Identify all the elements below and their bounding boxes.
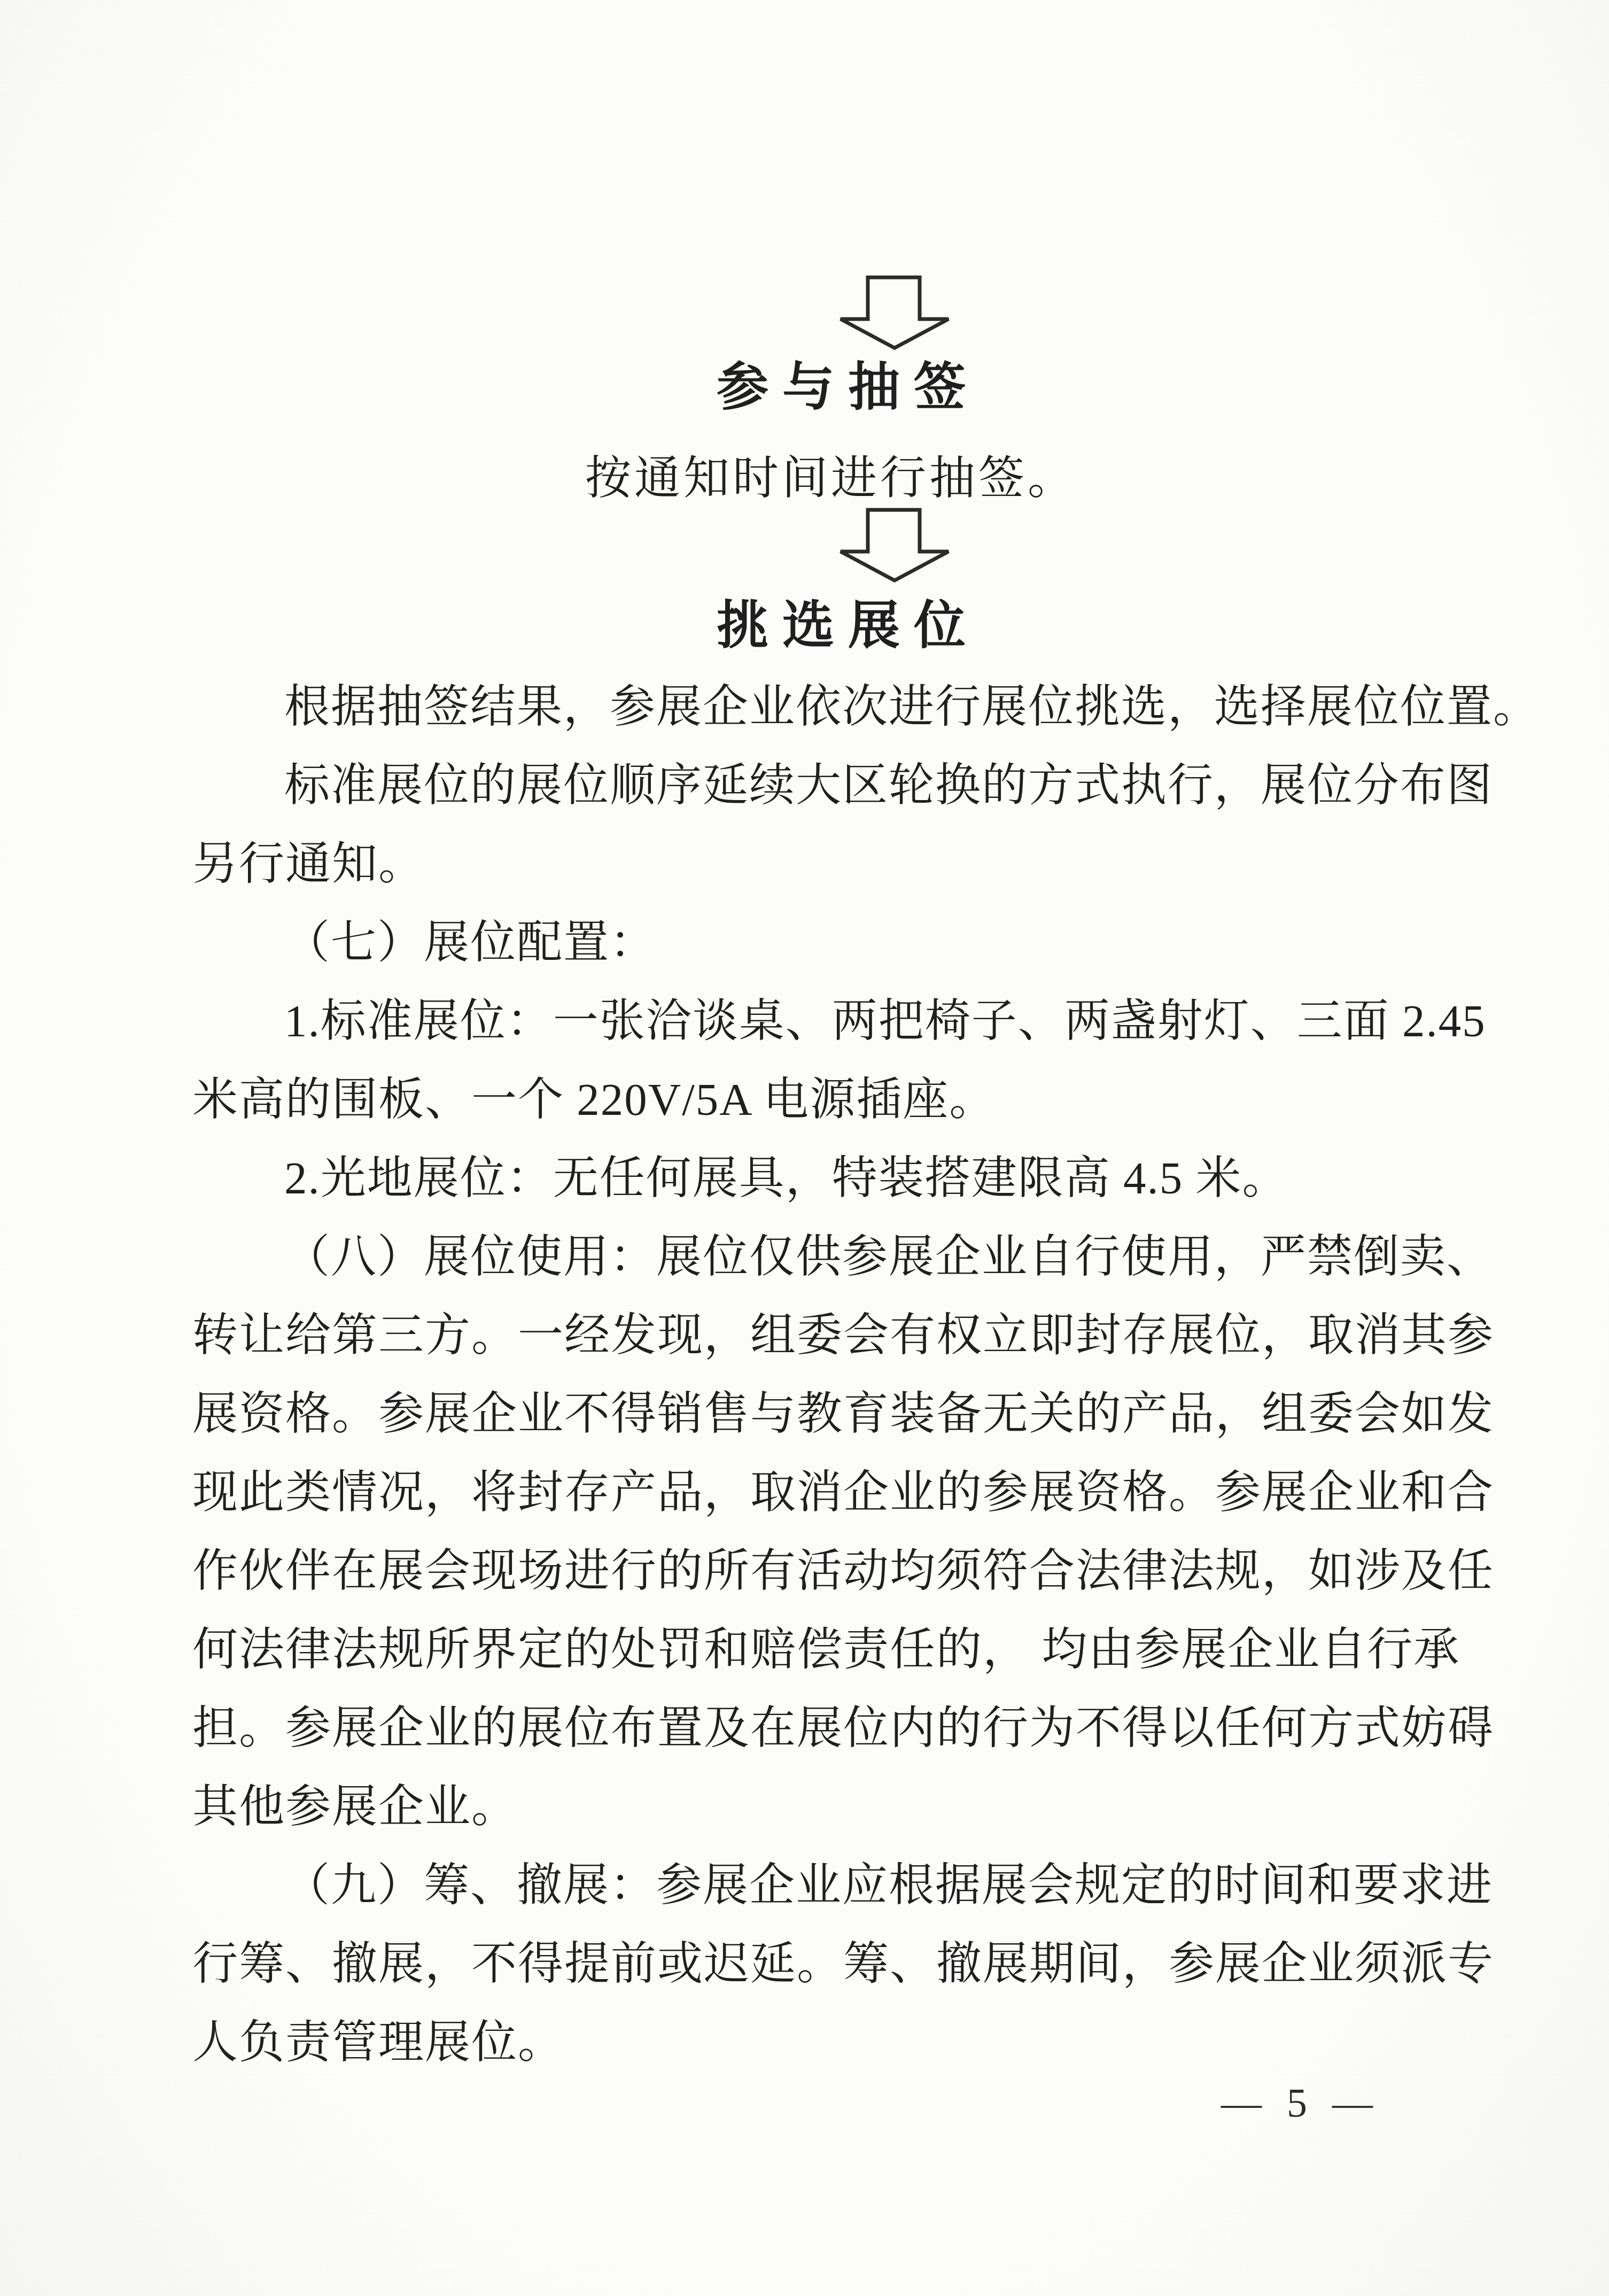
body-line: 1.标准展位：一张洽谈桌、两把椅子、两盏射灯、三面 2.45 [192,982,1439,1061]
body-line: 现此类情况，将封存产品，取消企业的参展资格。参展企业和合 [192,1454,1439,1532]
document-lines: 根据抽签结果，参展企业依次进行展位挑选，选择展位位置。标准展位的展位顺序延续大区… [192,668,1439,2082]
body-line: 标准展位的展位顺序延续大区轮换的方式执行，展位分布图 [192,747,1439,825]
body-line: 根据抽签结果，参展企业依次进行展位挑选，选择展位位置。 [192,668,1439,747]
down-arrow-icon [838,275,951,350]
body-line: 米高的围板、一个 220V/5A 电源插座。 [192,1061,1439,1139]
body-line: 人负责管理展位。 [192,2004,1439,2082]
body-line: 行筹、撤展，不得提前或迟延。筹、撤展期间，参展企业须派专 [192,1925,1439,2004]
body-line: 作伙伴在展会现场进行的所有活动均须符合法律法规，如涉及任 [192,1532,1439,1611]
page-number: — 5 — [1221,2080,1380,2127]
flow-step-note: 按通知时间进行抽签。 [208,453,1453,504]
body-line: （八）展位使用：展位仅供参展企业自行使用，严禁倒卖、 [192,1218,1439,1297]
flow-step-title-draw-lots: 参与抽签 [226,359,1471,416]
body-line: （七）展位配置： [192,904,1439,982]
body-line: 另行通知。 [192,825,1439,904]
body-line: （九）筹、撤展：参展企业应根据展会规定的时间和要求进 [192,1847,1439,1925]
body-line: 担。参展企业的展位布置及在展位内的行为不得以任何方式妨碍 [192,1689,1439,1768]
body-line: 何法律法规所界定的处罚和赔偿责任的， 均由参展企业自行承 [192,1611,1439,1689]
body-line: 展资格。参展企业不得销售与教育装备无关的产品，组委会如发 [192,1375,1439,1454]
down-arrow-icon [838,508,951,583]
body-line: 转让给第三方。一经发现，组委会有权立即封存展位，取消其参 [192,1297,1439,1375]
scanned-document-page: 参与抽签 按通知时间进行抽签。 挑选展位 根据抽签结果，参展企业依次进行展位挑选… [0,0,1609,2296]
flow-step-title-select-booth: 挑选展位 [226,598,1471,655]
body-line: 2.光地展位：无任何展具，特装搭建限高 4.5 米。 [192,1139,1439,1218]
body-line: 其他参展企业。 [192,1768,1439,1847]
